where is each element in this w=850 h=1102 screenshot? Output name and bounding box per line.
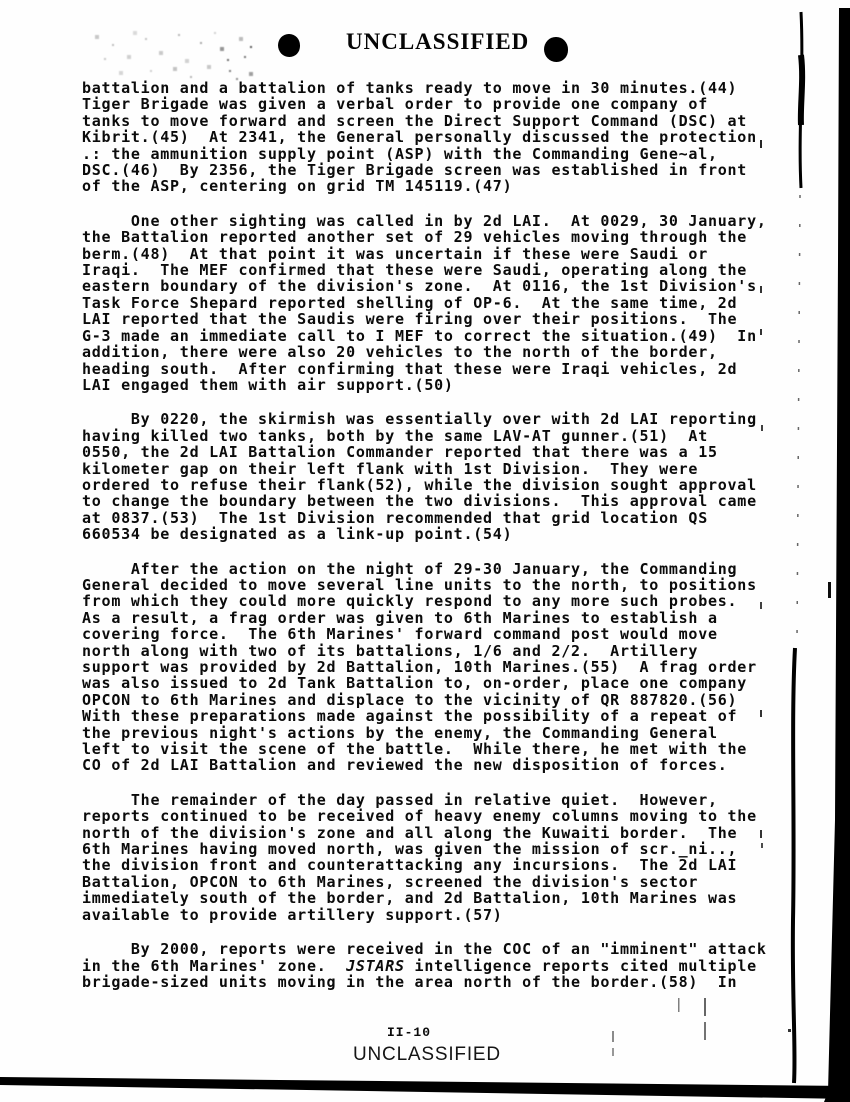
paragraph: By 0220, the skirmish was essentially ov… — [82, 411, 767, 542]
bottom-scan-bar — [0, 1077, 850, 1099]
paragraph: battalion and a battalion of tanks ready… — [82, 80, 767, 195]
scratch-line-dotted — [797, 195, 800, 640]
footer-classification: UNCLASSIFIED — [353, 1044, 501, 1066]
paragraph: One other sighting was called in by 2d L… — [82, 213, 767, 393]
header-dot-left-icon — [278, 34, 300, 57]
paragraph: The remainder of the day passed in relat… — [82, 792, 767, 923]
page-number: II-10 — [387, 1025, 431, 1040]
scanned-document-page: UNCLASSIFIED battalion and a battalion o… — [0, 0, 850, 1102]
header-classification: UNCLASSIFIED — [346, 29, 529, 55]
scratch-line-bottom — [793, 648, 795, 1083]
right-edge-scan-band — [824, 8, 850, 1102]
paragraph: By 2000, reports were received in the CO… — [82, 941, 767, 990]
scratch-line-top — [800, 12, 802, 188]
header-dot-right-icon — [544, 37, 568, 62]
paragraph: After the action on the night of 29-30 J… — [82, 561, 767, 774]
document-body: battalion and a battalion of tanks ready… — [82, 80, 767, 1008]
faded-stamp-smudge — [90, 26, 92, 28]
scratch-line-top-blob — [801, 55, 802, 125]
